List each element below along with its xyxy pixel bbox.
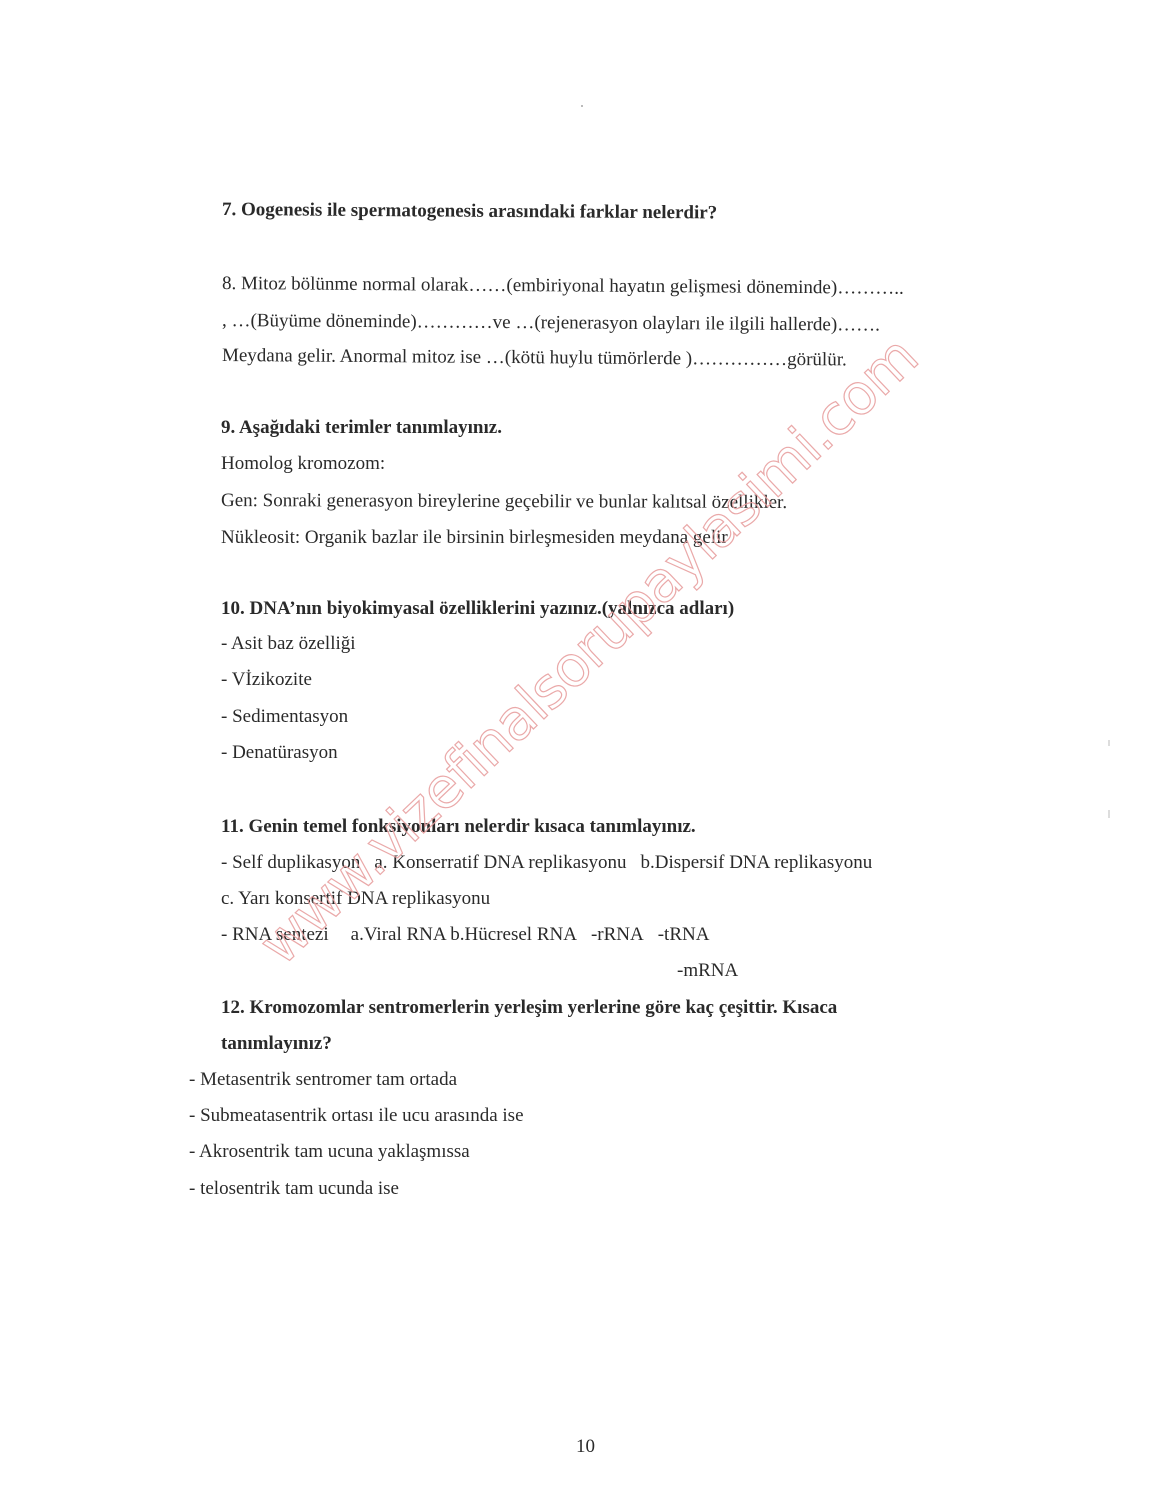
rna-types: a.Viral RNA b.Hücresel RNA: [351, 924, 577, 945]
question-10-item: - Sedimentasyon: [221, 705, 348, 729]
question-10-item: - Denatürasyon: [221, 741, 338, 765]
question-8-line-2: , …(Büyüme döneminde)…………ve …(rejenerasy…: [222, 309, 880, 338]
scan-speck: [581, 105, 583, 107]
question-9-title: 9. Aşağıdaki terimler tanımlayınız.: [221, 416, 502, 440]
dispersif: b.Dispersif DNA replikasyonu: [641, 852, 873, 873]
question-11-line-1: - Self duplikasyona. Konserratif DNA rep…: [221, 851, 872, 875]
question-7-title: 7. Oogenesis ile spermatogenesis arasınd…: [222, 198, 717, 225]
page-number: 10: [576, 1436, 595, 1458]
scan-speck: [1108, 740, 1110, 746]
question-12-item: - Akrosentrik tam ucuna yaklaşmıssa: [189, 1140, 470, 1164]
question-12-item: - telosentrik tam ucunda ise: [189, 1177, 399, 1201]
question-12-title: 12. Kromozomlar sentromerlerin yerleşim …: [221, 996, 837, 1020]
konserratif: a. Konserratif DNA replikasyonu: [374, 852, 626, 873]
question-10-item: - Asit baz özelliği: [221, 632, 356, 656]
question-9-answer-nukleosit: Nükleosit: Organik bazlar ile birsinin b…: [221, 526, 728, 550]
question-11-title: 11. Genin temel fonksiyonları nelerdir k…: [221, 815, 696, 839]
question-10-title: 10. DNA’nın biyokimyasal özelliklerini y…: [221, 597, 734, 621]
trna: -tRNA: [658, 924, 710, 945]
question-11-line-2: c. Yarı konsertif DNA replikasyonu: [221, 887, 490, 911]
question-12-item: - Metasentrik sentromer tam ortada: [189, 1068, 457, 1092]
question-11-line-3: - RNA sentezia.Viral RNA b.Hücresel RNA-…: [221, 923, 709, 947]
rrna: -rRNA: [591, 924, 644, 945]
rna-sentezi: - RNA sentezi: [221, 924, 329, 945]
question-9-answer-homolog: Homolog kromozom:: [221, 452, 385, 476]
self-duplikasyon: - Self duplikasyon: [221, 852, 360, 873]
question-8-line-1: 8. Mitoz bölünme normal olarak……(embiriy…: [222, 272, 904, 301]
scan-speck: [1108, 810, 1110, 818]
question-12-title-cont: tanımlayınız?: [221, 1032, 332, 1056]
question-10-item: - Vİzikozite: [221, 668, 312, 692]
question-11-mrna: -mRNA: [677, 959, 738, 983]
question-12-item: - Submeatasentrik ortası ile ucu arasınd…: [189, 1104, 524, 1128]
question-8-line-3: Meydana gelir. Anormal mitoz ise …(kötü …: [222, 344, 847, 372]
question-9-answer-gen: Gen: Sonraki generasyon bireylerine geçe…: [221, 489, 787, 515]
